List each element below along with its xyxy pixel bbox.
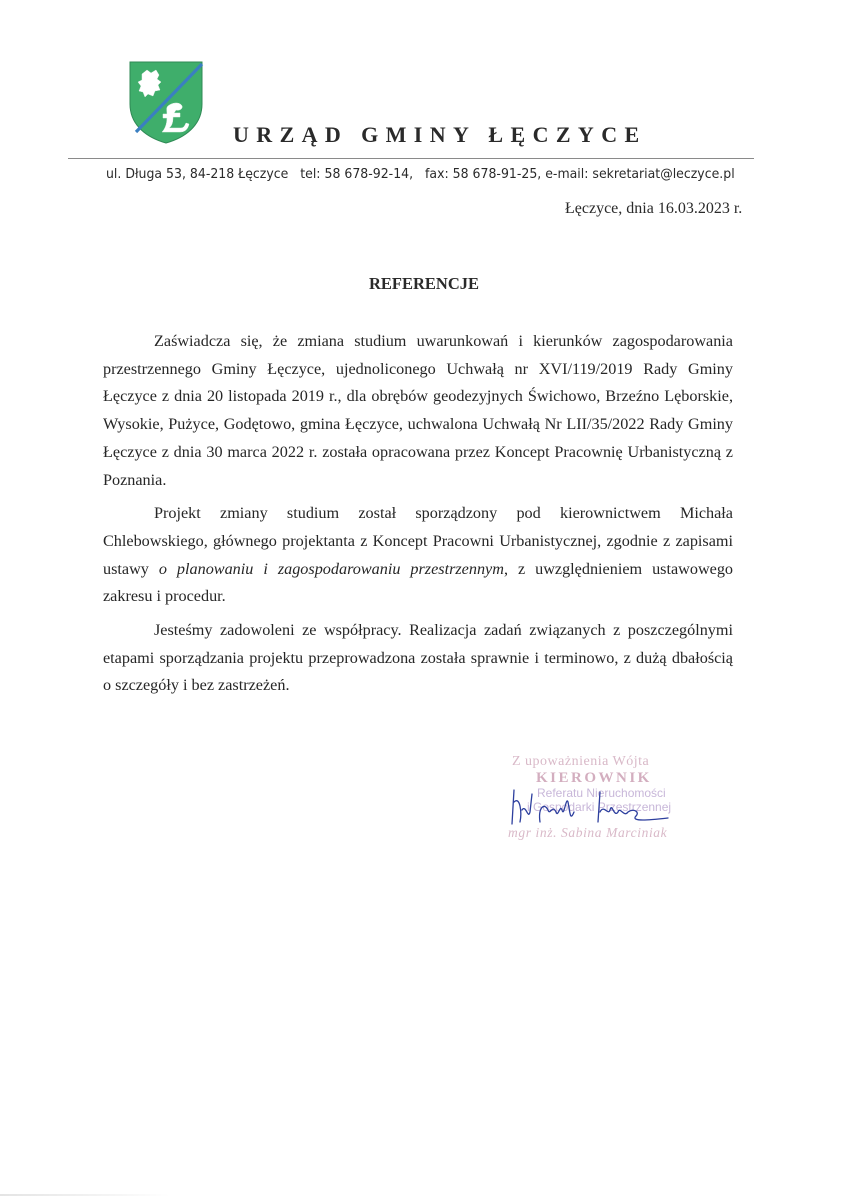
- paragraph-satisfaction: Jesteśmy zadowoleni ze współpracy. Reali…: [103, 617, 733, 700]
- paragraph-certification: Zaświadcza się, że zmiana studium uwarun…: [103, 328, 733, 494]
- paragraph-project-lead: Projekt zmiany studium został sporządzon…: [103, 500, 733, 611]
- stamp-signatory-name: mgr inż. Sabina Marciniak: [508, 825, 667, 841]
- scan-edge-artifact: [0, 1194, 170, 1196]
- act-title: o planowaniu i zagospodarowaniu przestrz…: [159, 560, 504, 578]
- official-stamp: Z upoważnienia Wójta KIEROWNIK Referatu …: [500, 752, 700, 847]
- header-divider: [68, 158, 754, 159]
- office-name: URZĄD GMINY ŁĘCZYCE: [233, 122, 647, 148]
- document-title: REFERENCJE: [0, 274, 848, 294]
- contact-info: ul. Długa 53, 84-218 Łęczyce tel: 58 678…: [106, 166, 735, 182]
- letter-body: Zaświadcza się, że zmiana studium uwarun…: [103, 328, 733, 700]
- place-and-date: Łęczyce, dnia 16.03.2023 r.: [565, 200, 742, 218]
- stamp-authorization: Z upoważnienia Wójta: [512, 754, 649, 770]
- coat-of-arms-icon: [128, 60, 204, 144]
